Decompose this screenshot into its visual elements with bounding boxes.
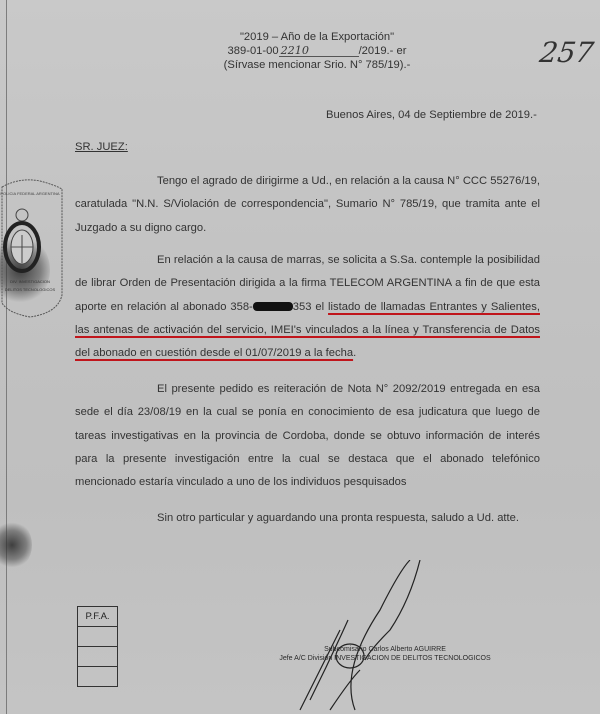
motto: "2019 – Año de la Exportación" [212, 30, 422, 44]
signatory-title: Jefe A/C División INVESTIGACION DE DELIT… [265, 654, 505, 663]
addressee: SR. JUEZ: [75, 141, 128, 153]
pfa-cell [78, 647, 117, 667]
pfa-stamp-box: P.F.A. [77, 606, 118, 687]
paragraph-4: Sin otro particular y aguardando una pro… [75, 507, 540, 530]
document-header: "2019 – Año de la Exportación" 389-01-00… [212, 30, 422, 72]
place-date: Buenos Aires, 04 de Septiembre de 2019.- [326, 109, 537, 121]
handwritten-ref: 2210 [279, 45, 359, 57]
ink-blot [0, 520, 32, 570]
folio-number: 257 [538, 36, 596, 69]
paragraph-1: Tengo el agrado de dirigirme a Ud., en r… [75, 170, 540, 240]
redaction-bar [253, 302, 293, 311]
pfa-cell [78, 627, 117, 647]
handwritten-signature-icon [270, 560, 440, 714]
document-page: POLICIA FEDERAL ARGENTINA DIV. INVESTIGA… [0, 0, 600, 714]
pfa-label: P.F.A. [78, 607, 117, 627]
signature-block: Subcomisario Carlos Alberto AGUIRRE Jefe… [265, 645, 505, 663]
binding-margin-line [6, 0, 7, 714]
pfa-cell [78, 667, 117, 686]
paragraph-2: En relación a la causa de marras, se sol… [75, 249, 540, 365]
svg-text:DIV. INVESTIGACION: DIV. INVESTIGACION [10, 279, 50, 284]
svg-text:DELITOS TECNOLOGICOS: DELITOS TECNOLOGICOS [5, 287, 56, 292]
reference-instruction: (Sírvase mencionar Srio. N° 785/19).- [212, 58, 422, 72]
paragraph-3: El presente pedido es reiteración de Not… [75, 378, 540, 494]
signatory-name: Subcomisario Carlos Alberto AGUIRRE [265, 645, 505, 654]
reference-number: 389-01-002210/2019.- er [212, 44, 422, 58]
svg-text:POLICIA FEDERAL ARGENTINA: POLICIA FEDERAL ARGENTINA [0, 191, 60, 196]
coat-of-arms-seal-icon: POLICIA FEDERAL ARGENTINA DIV. INVESTIGA… [0, 175, 64, 320]
